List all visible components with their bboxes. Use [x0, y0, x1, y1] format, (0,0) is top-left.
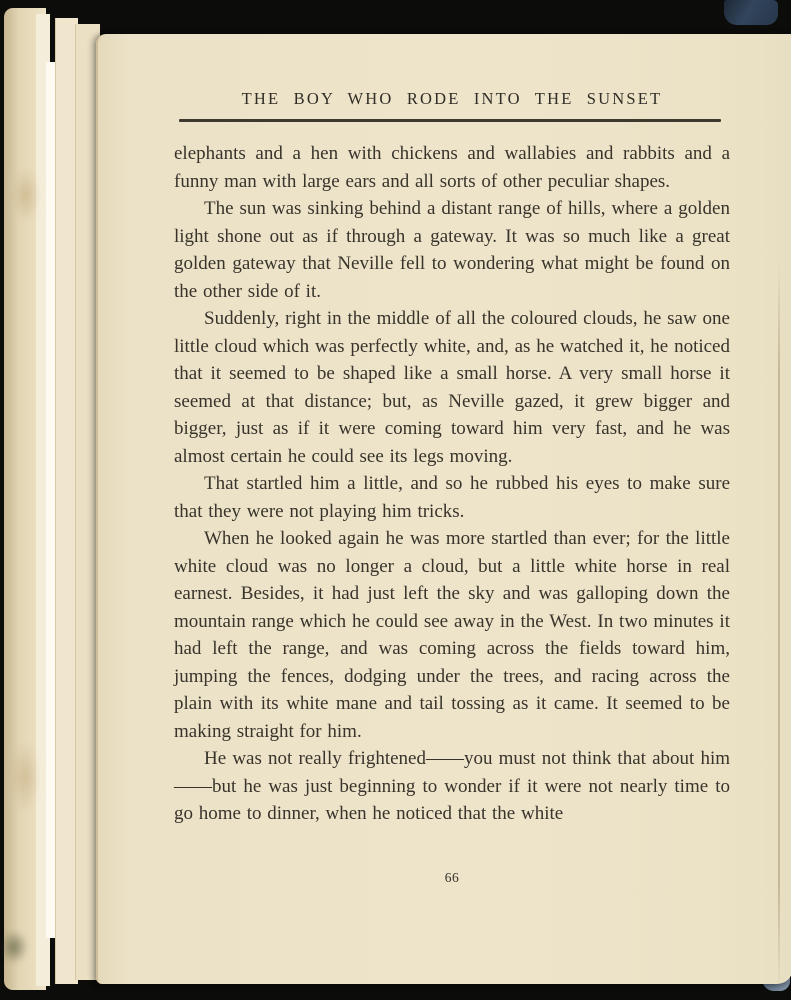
header-rule [179, 119, 721, 122]
paragraph: He was not really frightened——you must n… [174, 745, 730, 828]
book-page: THE BOY WHO RODE INTO THE SUNSET elephan… [96, 34, 791, 984]
scanned-book-page-view: THE BOY WHO RODE INTO THE SUNSET elephan… [0, 0, 791, 1000]
paragraph: That startled him a little, and so he ru… [174, 470, 730, 525]
text-block: elephants and a hen with chickens and wa… [174, 140, 730, 828]
running-header: THE BOY WHO RODE INTO THE SUNSET [174, 89, 730, 109]
paragraph: Suddenly, right in the middle of all the… [174, 305, 730, 470]
book-cover-corner-top-right [724, 0, 778, 25]
paragraph: When he looked again he was more startle… [174, 525, 730, 745]
paragraph: The sun was sinking behind a distant ran… [174, 195, 730, 305]
page-crease [778, 262, 780, 994]
paragraph: elephants and a hen with chickens and wa… [174, 140, 730, 195]
page-number: 66 [174, 870, 730, 886]
